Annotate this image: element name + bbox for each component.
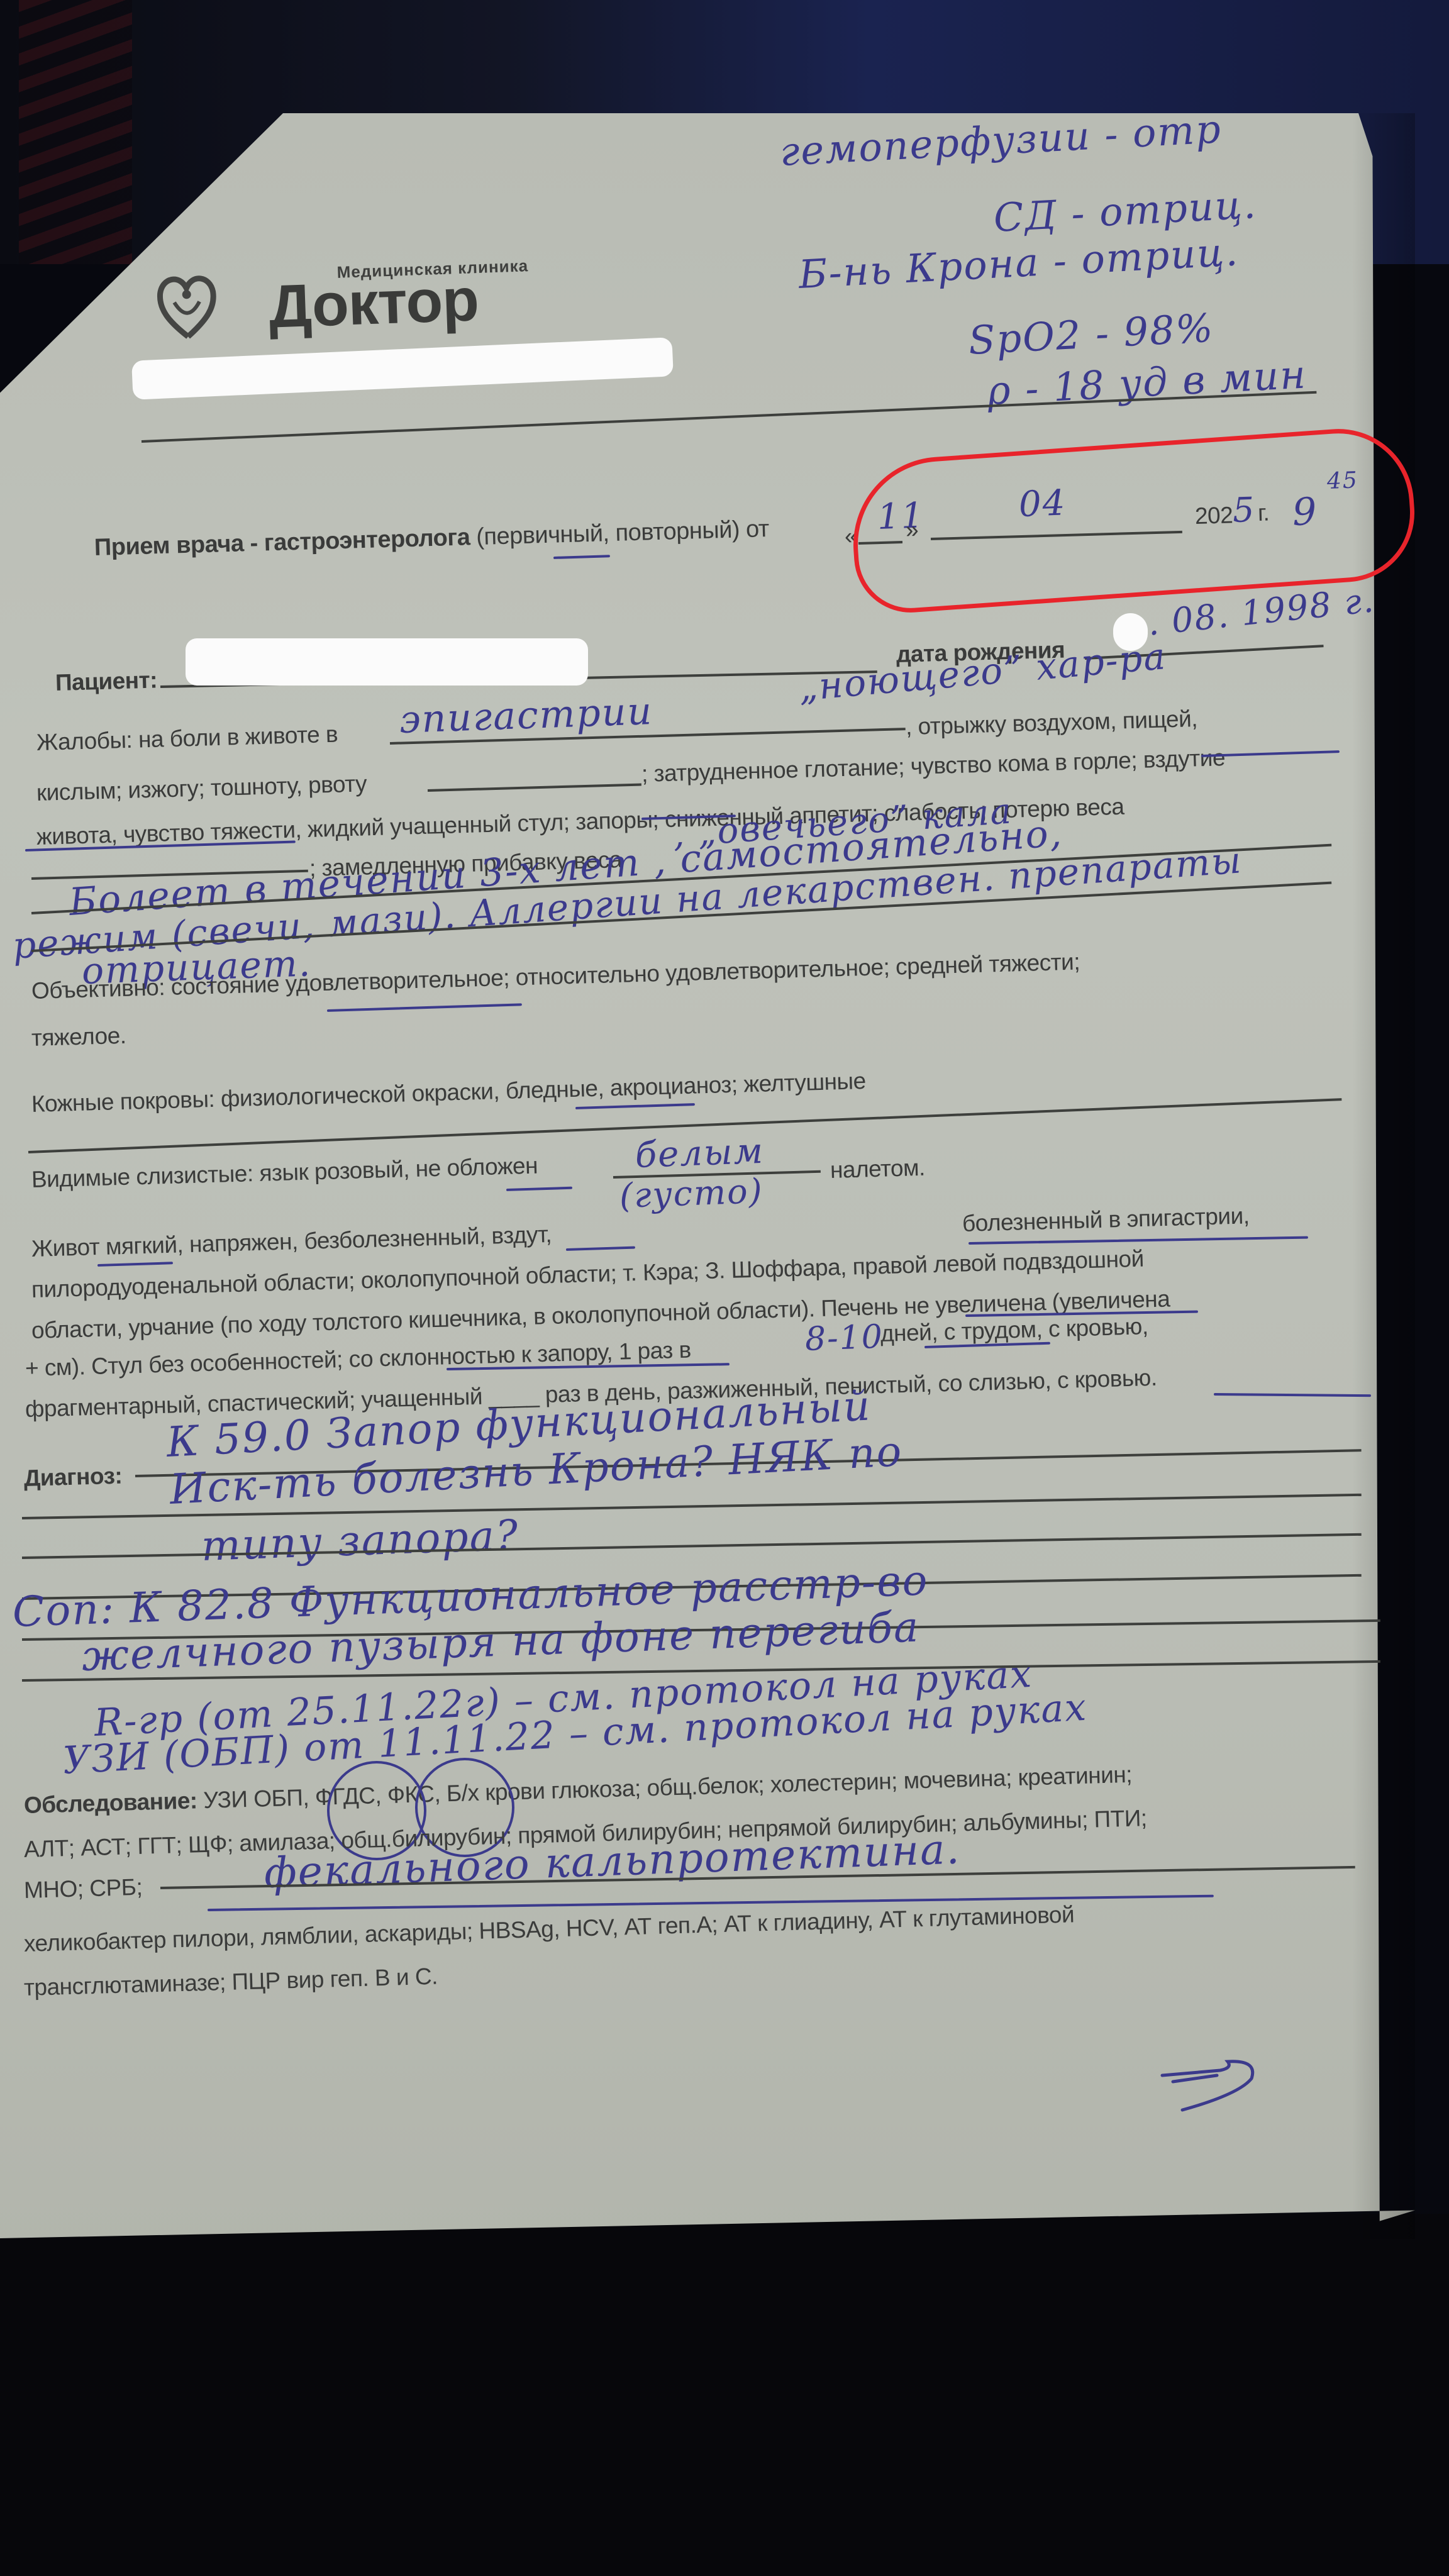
complaint-pain-location: эпигастрии xyxy=(399,689,653,742)
patient-label: Пациент: xyxy=(55,667,157,696)
tongue-coating: белым xyxy=(635,1131,765,1176)
heart-person-logo-icon xyxy=(154,270,219,341)
dark-background-bottom xyxy=(0,2214,1449,2576)
objective-line2: тяжелое. xyxy=(31,1023,126,1052)
tongue-coating-note: (густо) xyxy=(619,1171,764,1216)
exam-label: Обследование: xyxy=(23,1787,197,1818)
diagnosis-label: Диагноз: xyxy=(23,1463,122,1492)
exam-line3-a: МНО; СРБ; xyxy=(23,1874,142,1904)
complaints-pain-text: на боли в животе в xyxy=(138,721,338,753)
logo-name: Доктор xyxy=(268,265,480,342)
mucosa-b: налетом. xyxy=(830,1155,925,1184)
complaints-label: Жалобы: xyxy=(36,727,132,755)
background-cable xyxy=(19,0,132,264)
stool-interval: 8-10 xyxy=(804,1318,884,1358)
doctor-signature-icon xyxy=(1157,2057,1264,2113)
redacted-patient-name xyxy=(186,638,588,686)
